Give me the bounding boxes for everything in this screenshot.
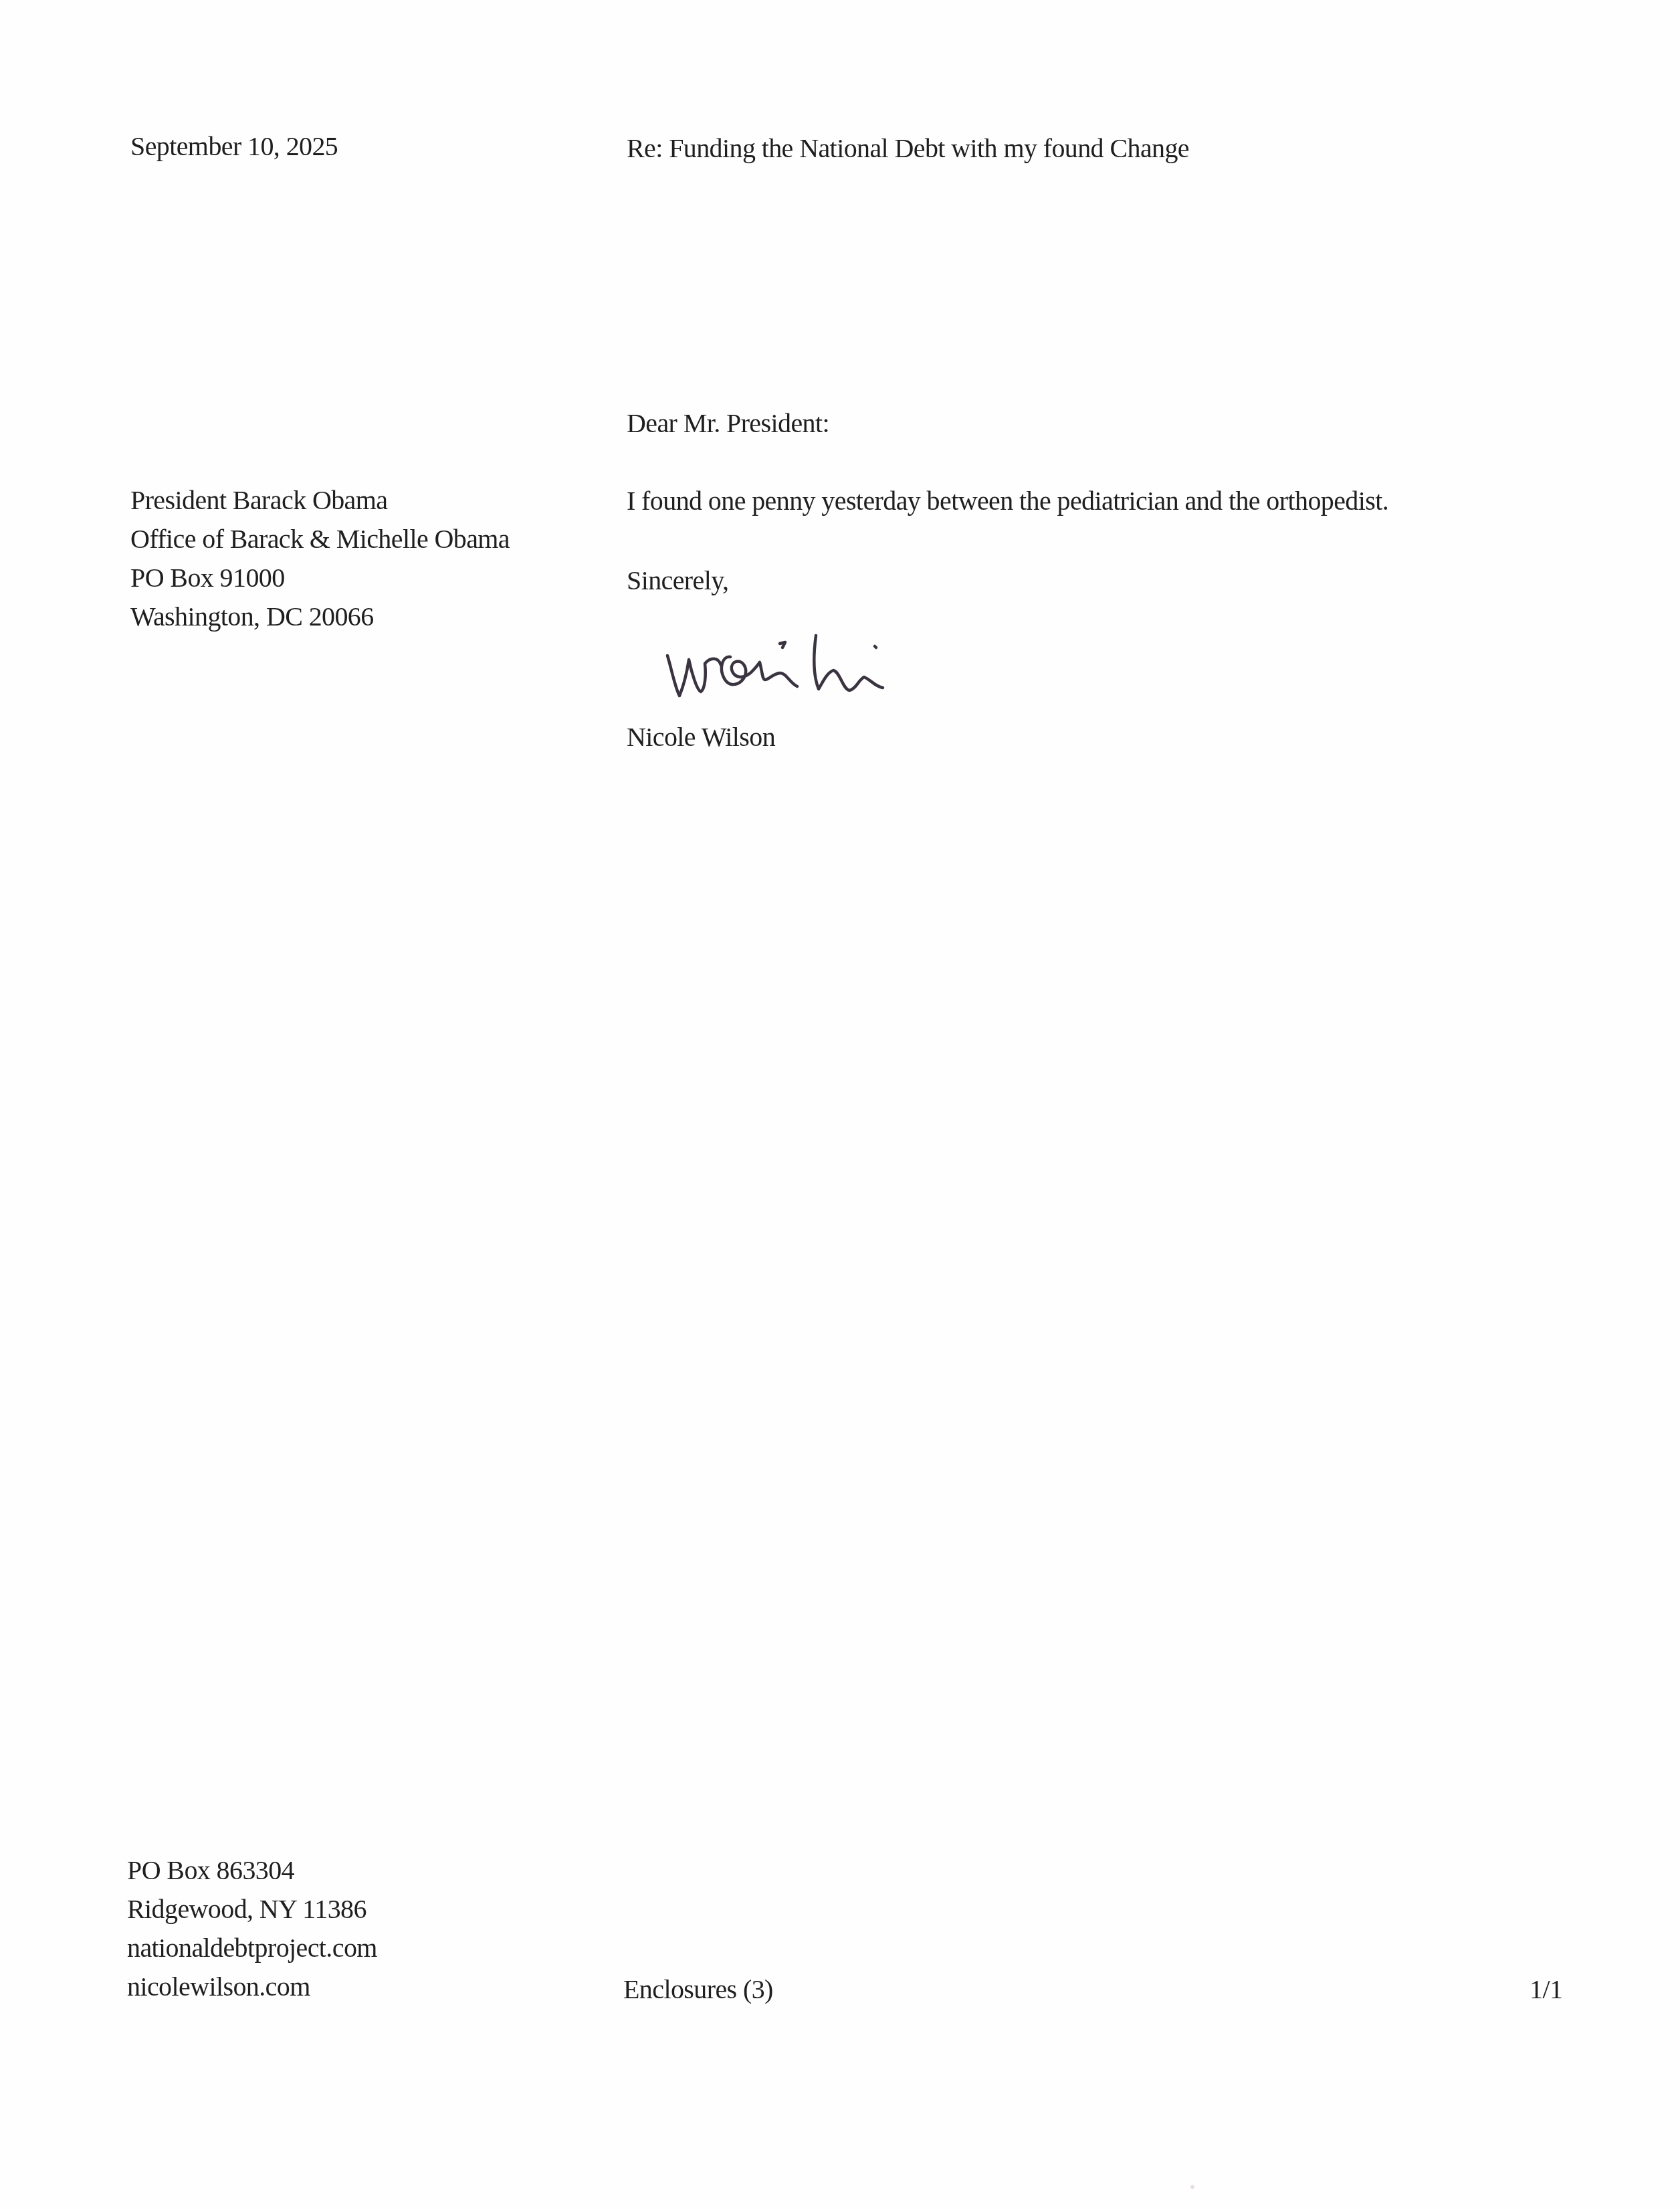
letter-body: I found one penny yesterday between the … bbox=[627, 482, 1388, 520]
letter-date: September 10, 2025 bbox=[130, 127, 338, 166]
handwritten-signature-icon bbox=[662, 615, 983, 702]
letter-subject: Re: Funding the National Debt with my fo… bbox=[627, 129, 1189, 168]
recipient-city-state-zip: Washington, DC 20066 bbox=[130, 597, 510, 636]
sender-po-box: PO Box 863304 bbox=[127, 1851, 377, 1890]
page-number: 1/1 bbox=[1530, 1970, 1562, 2009]
closing: Sincerely, bbox=[627, 561, 728, 600]
enclosures-note: Enclosures (3) bbox=[623, 1970, 773, 2009]
salutation: Dear Mr. President: bbox=[627, 404, 829, 443]
recipient-name: President Barack Obama bbox=[130, 481, 510, 520]
recipient-po-box: PO Box 91000 bbox=[130, 559, 510, 597]
sender-website-nicole-wilson[interactable]: nicolewilson.com bbox=[127, 1967, 377, 2006]
paper-speck bbox=[1190, 2185, 1194, 2189]
recipient-office: Office of Barack & Michelle Obama bbox=[130, 520, 510, 559]
signer-name: Nicole Wilson bbox=[627, 718, 775, 757]
sender-address-block: PO Box 863304 Ridgewood, NY 11386 nation… bbox=[127, 1851, 377, 2006]
sender-website-national-debt-project[interactable]: nationaldebtproject.com bbox=[127, 1929, 377, 1967]
sender-city-state-zip: Ridgewood, NY 11386 bbox=[127, 1890, 377, 1929]
letter-page: September 10, 2025 Re: Funding the Natio… bbox=[0, 0, 1680, 2209]
recipient-address-block: President Barack Obama Office of Barack … bbox=[130, 481, 510, 636]
